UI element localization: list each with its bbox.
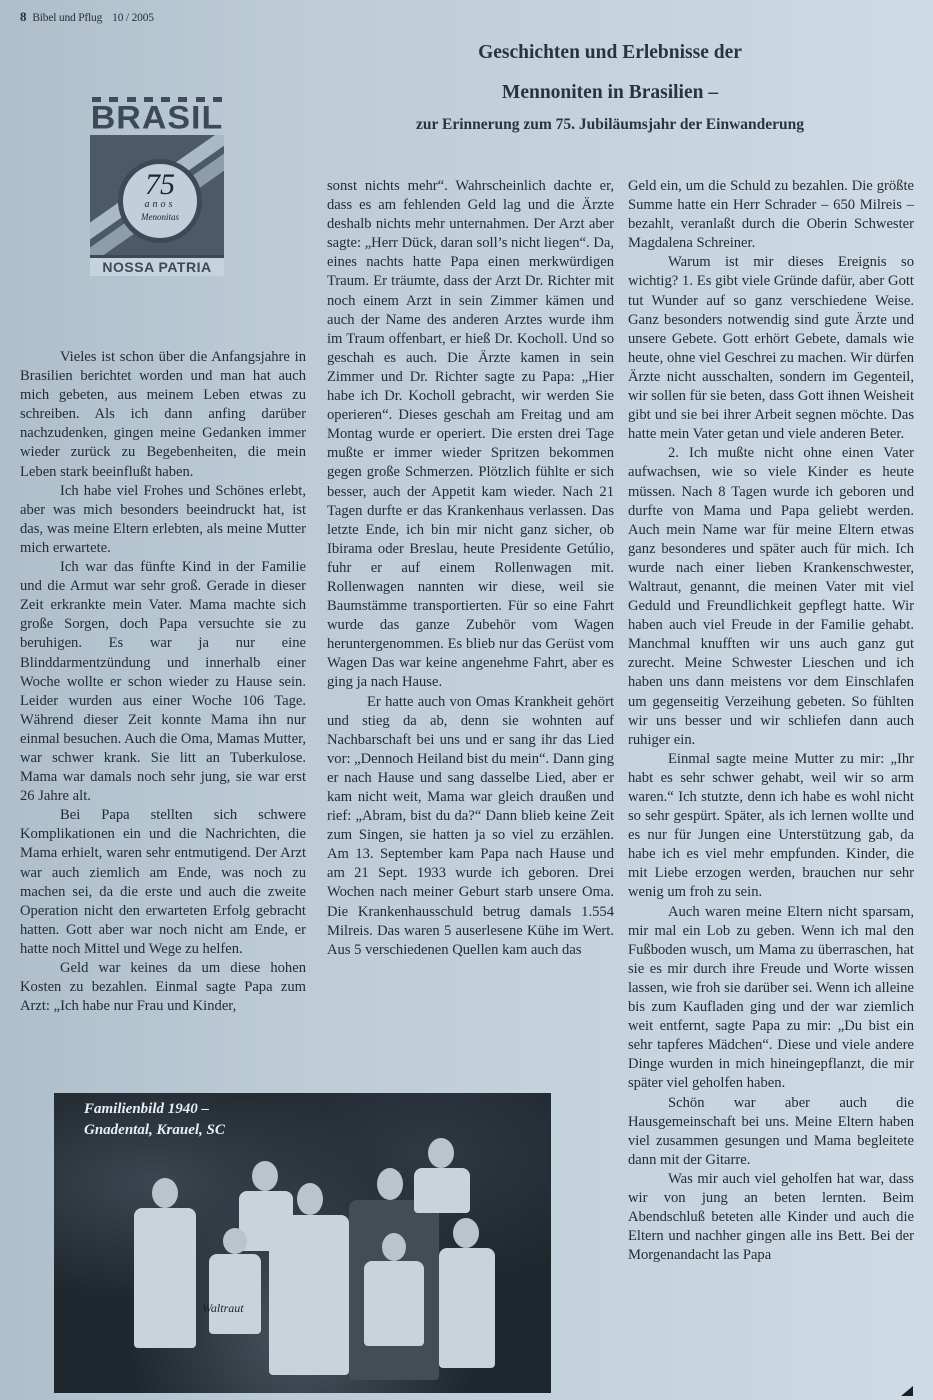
paragraph: Geld war keines da um diese hohen Kosten… — [20, 959, 306, 1016]
paragraph: Was mir auch viel geholfen hat war, dass… — [628, 1170, 914, 1265]
paragraph: Warum ist mir dieses Ereignis so wichtig… — [628, 253, 914, 444]
page-header: 8Bibel und Pflug10 / 2005 — [20, 9, 154, 25]
paragraph: Auch waren meine Eltern nicht sparsam, m… — [628, 903, 914, 1094]
page-number: 8 — [20, 9, 26, 24]
text-column-3: Geld ein, um die Schuld zu bezahlen. Die… — [628, 177, 914, 1265]
article-subtitle: zur Erinnerung zum 75. Jubiläumsjahr der… — [340, 116, 880, 134]
publication-name: Bibel und Pflug — [32, 12, 102, 24]
paragraph: Er hatte auch von Omas Krankheit gehört … — [327, 693, 614, 960]
text-column-2: sonst nichts mehr“. Wahrscheinlich dacht… — [327, 177, 614, 960]
logo-emblem: 75 anos Menonitas — [90, 135, 224, 255]
photo-name-label: Waltraut — [202, 1301, 244, 1316]
article-title-line2: Mennoniten in Brasilien – — [340, 82, 880, 104]
family-photo-1940: Familienbild 1940 – Gnadental, Krauel, S… — [54, 1093, 551, 1393]
paragraph: 2. Ich mußte nicht ohne einen Vater aufw… — [628, 444, 914, 750]
logo-nossa-patria: NOSSA PATRIA — [90, 255, 224, 276]
brasil-75-anos-logo: BRASIL 75 anos Menonitas NOSSA PATRIA — [90, 95, 224, 285]
paragraph: Geld ein, um die Schuld zu bezahlen. Die… — [628, 177, 914, 253]
issue-number: 10 / 2005 — [112, 12, 154, 24]
photo-caption: Familienbild 1940 – Gnadental, Krauel, S… — [84, 1099, 225, 1141]
logo-circle: 75 anos Menonitas — [118, 159, 202, 243]
paragraph: Bei Papa stellten sich schwere Komplikat… — [20, 806, 306, 959]
paragraph: Ich war das fünfte Kind in der Familie u… — [20, 558, 306, 806]
paragraph: Schön war aber auch die Hausgemeinschaft… — [628, 1094, 914, 1170]
paragraph: Einmal sagte meine Mutter zu mir: „Ihr h… — [628, 750, 914, 903]
continue-arrow-icon — [901, 1386, 913, 1396]
paragraph: sonst nichts mehr“. Wahrscheinlich dacht… — [327, 177, 614, 693]
logo-number: 75 — [123, 170, 197, 200]
logo-anos: anos — [123, 200, 197, 210]
paragraph: Vieles ist schon über die Anfangsjahre i… — [20, 348, 306, 482]
logo-brasil-text: BRASIL — [90, 104, 224, 133]
paragraph: Ich habe viel Frohes und Schönes erlebt,… — [20, 482, 306, 558]
article-title-line1: Geschichten und Erlebnisse der — [340, 42, 880, 64]
text-column-1: Vieles ist schon über die Anfangsjahre i… — [20, 348, 306, 1016]
logo-menonitas: Menonitas — [123, 210, 197, 224]
